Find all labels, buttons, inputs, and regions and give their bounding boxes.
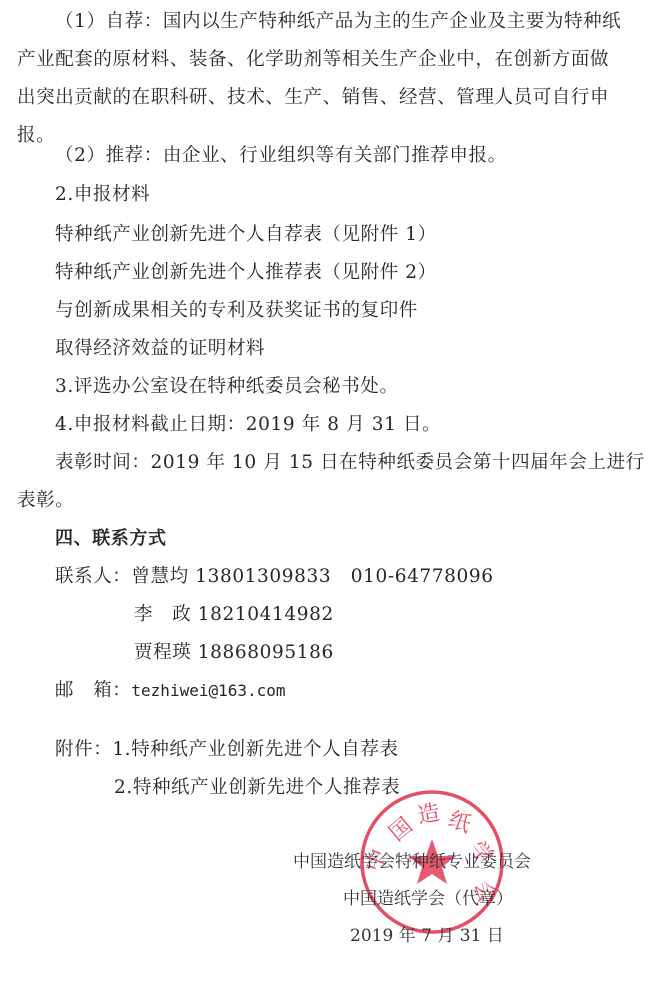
signature-org-society: 中国造纸学会（代章） [343,888,513,910]
paragraph-self-recommend-line2: 产业配套的原材料、装备、化学助剂等相关生产企业中，在创新方面做 [17,48,609,72]
contact-tel: 010-64778096 [351,566,494,587]
contact-label: 联系人： [55,566,131,587]
contact-phone: 13801309833 [195,566,331,587]
award-time-line1: 表彰时间：2019 年 10 月 15 日在特种纸委员会第十四届年会上进行 [55,451,645,475]
paragraph-self-recommend-line3: 出突出贡献的在职科研、技术、生产、销售、经营、管理人员可自行申 [17,86,609,110]
attachments-label: 附件： [55,739,112,760]
item-deadline: 4.申报材料截止日期：2019 年 8 月 31 日。 [55,413,441,437]
svg-text:纸: 纸 [445,807,474,838]
contact-heading: 四、联系方式 [55,527,167,551]
svg-text:造: 造 [416,800,442,828]
item-office: 3.评选办公室设在特种纸委员会秘书处。 [55,375,399,399]
signature-org-committee: 中国造纸学会特种纸专业委员会 [293,851,531,873]
contact-phone: 18868095186 [198,642,334,663]
signature-date: 2019 年 7 月 31 日 [350,925,504,947]
section-materials-title: 2.申报材料 [55,183,150,207]
contact-phone: 18210414982 [198,604,334,625]
paragraph-self-recommend-line4: 报。 [17,124,55,148]
contact-row-1: 联系人：曾慧均 13801309833 010-64778096 [55,565,494,589]
contact-email-row: 邮 箱：tezhiwei@163.com [55,679,286,703]
award-time-line2: 表彰。 [17,489,74,513]
attachment-row-1: 附件：1.特种纸产业创新先进个人自荐表 [55,738,399,762]
material-item: 特种纸产业创新先进个人推荐表（见附件 2） [55,261,437,285]
email-label: 邮 箱： [55,680,131,701]
contact-name: 曾慧均 [131,566,188,587]
contact-row-3: 贾程瑛 18868095186 [134,641,334,665]
contact-name: 李 政 [134,604,191,625]
material-item: 取得经济效益的证明材料 [55,337,265,361]
attachment-item: 1.特种纸产业创新先进个人自荐表 [112,739,398,760]
paragraph-recommend: （2）推荐：由企业、行业组织等有关部门推荐申报。 [55,144,507,168]
svg-text:国: 国 [385,813,418,846]
material-item: 与创新成果相关的专利及获奖证书的复印件 [55,299,418,323]
email-link[interactable]: tezhiwei@163.com [131,681,285,700]
contact-row-2: 李 政 18210414982 [134,603,334,627]
paragraph-self-recommend-line1: （1）自荐：国内以生产特种纸产品为主的生产企业及主要为特种纸 [55,10,621,34]
contact-name: 贾程瑛 [134,642,191,663]
material-item: 特种纸产业创新先进个人自荐表（见附件 1） [55,223,437,247]
